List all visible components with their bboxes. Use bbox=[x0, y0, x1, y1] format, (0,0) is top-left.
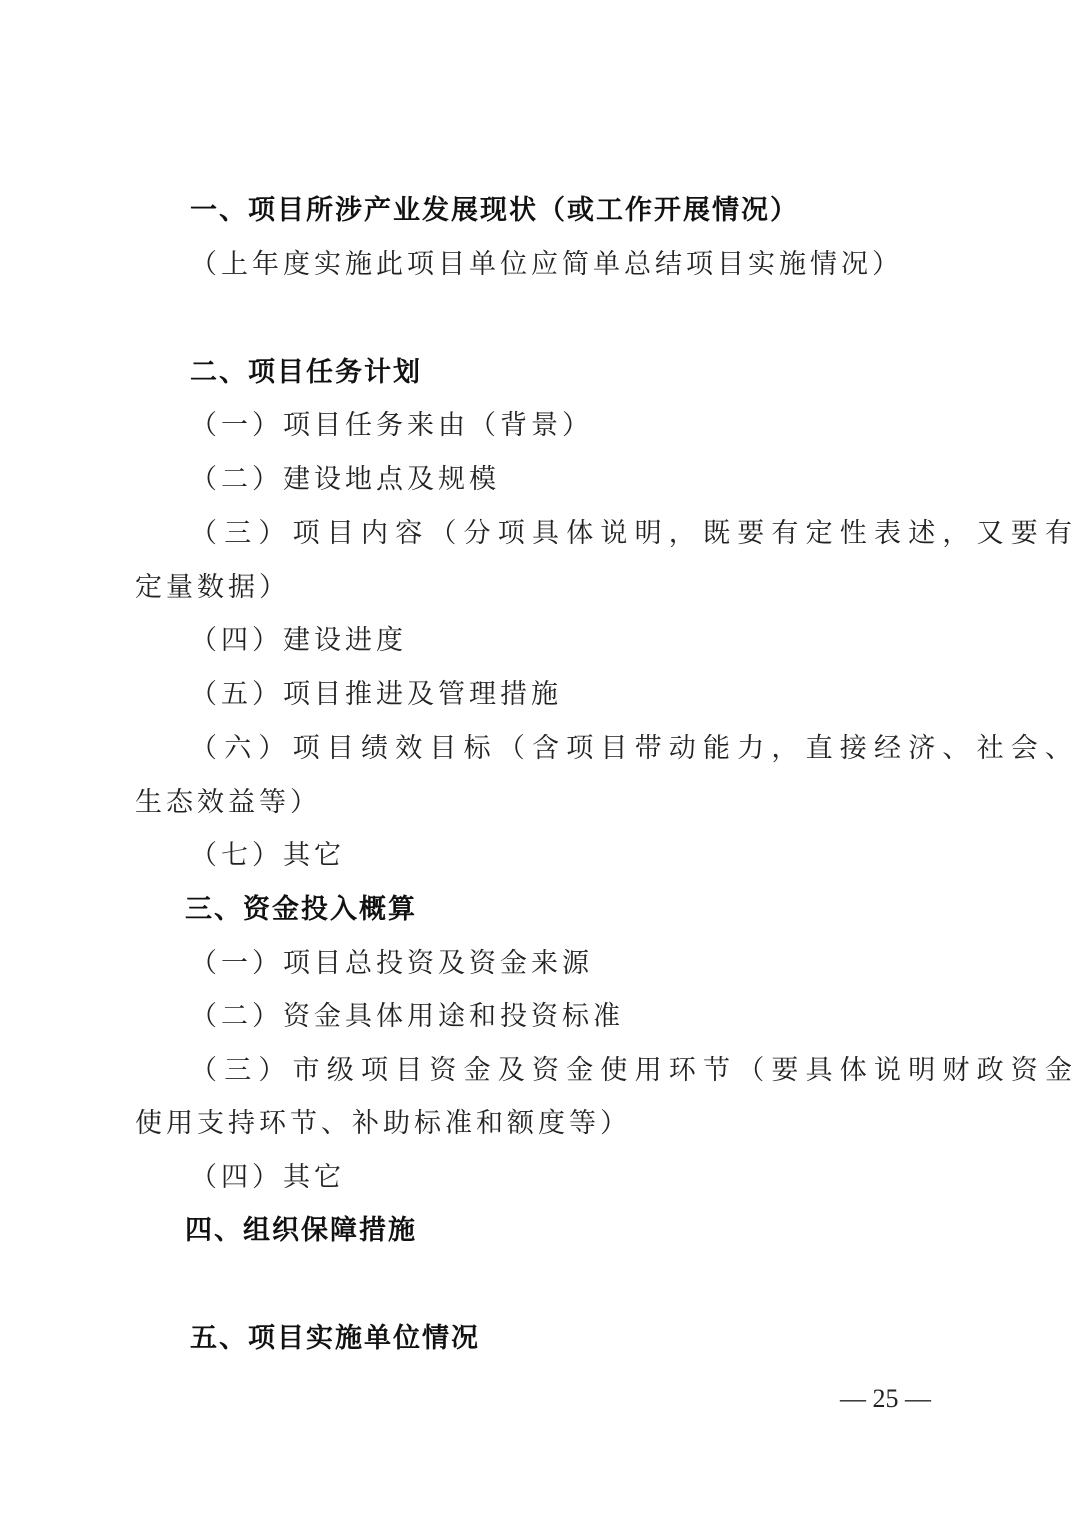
list-item-continuation: 定量数据） bbox=[135, 570, 290, 606]
list-item: （三）市级项目资金及资金使用环节（要具体说明财政资金 bbox=[190, 1053, 1074, 1089]
section-heading-3: 三、资金投入概算 bbox=[185, 892, 417, 928]
list-item: （一）项目任务来由（背景） bbox=[190, 408, 593, 444]
section-1-note: （上年度实施此项目单位应简单总结项目实施情况） bbox=[190, 247, 903, 283]
section-heading-4: 四、组织保障措施 bbox=[185, 1213, 417, 1249]
list-item: （六）项目绩效目标（含项目带动能力，直接经济、社会、 bbox=[190, 731, 1074, 767]
list-item: （二）建设地点及规模 bbox=[190, 462, 500, 498]
page-number: — 25 — bbox=[840, 1384, 931, 1414]
list-item-continuation: 使用支持环节、补助标准和额度等） bbox=[135, 1106, 631, 1142]
section-heading-5: 五、项目实施单位情况 bbox=[190, 1321, 480, 1357]
list-item: （七）其它 bbox=[190, 838, 345, 874]
list-item: （四）其它 bbox=[190, 1160, 345, 1196]
list-item: （五）项目推进及管理措施 bbox=[190, 677, 562, 713]
section-heading-1: 一、项目所涉产业发展现状（或工作开展情况） bbox=[190, 193, 799, 229]
section-heading-2: 二、项目任务计划 bbox=[190, 355, 422, 391]
list-item: （一）项目总投资及资金来源 bbox=[190, 946, 593, 982]
list-item: （三）项目内容（分项具体说明，既要有定性表述，又要有 bbox=[190, 516, 1074, 552]
list-item-continuation: 生态效益等） bbox=[135, 785, 321, 821]
list-item: （二）资金具体用途和投资标准 bbox=[190, 999, 624, 1035]
list-item: （四）建设进度 bbox=[190, 623, 407, 659]
